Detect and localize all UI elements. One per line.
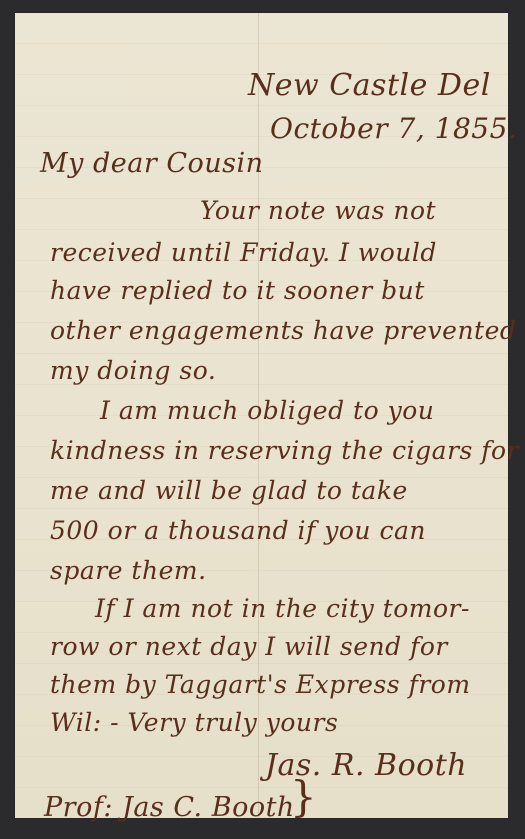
brace-mark: }: [290, 772, 317, 821]
body-line: other engagements have prevented: [50, 316, 516, 345]
body-line: Wil: - Very truly yours: [50, 708, 338, 737]
body-line: spare them.: [50, 556, 207, 585]
letter-salutation: My dear Cousin: [40, 148, 264, 179]
body-line: received until Friday. I would: [50, 238, 437, 267]
body-line: kindness in reserving the cigars for: [50, 436, 519, 465]
letter-date: October 7, 1855.: [270, 112, 517, 145]
body-line: them by Taggart's Express from: [50, 670, 471, 699]
letter-addressee: Prof: Jas C. Booth: [44, 792, 295, 823]
body-line: I am much obliged to you: [100, 396, 434, 425]
body-line: have replied to it sooner but: [50, 276, 425, 305]
body-line: me and will be glad to take: [50, 476, 408, 505]
body-line: 500 or a thousand if you can: [50, 516, 426, 545]
body-line: If I am not in the city tomor-: [95, 594, 470, 623]
body-line: Your note was not: [200, 196, 436, 225]
letter-place: New Castle Del: [248, 68, 491, 103]
body-line: my doing so.: [50, 356, 216, 385]
body-line: row or next day I will send for: [50, 632, 448, 661]
